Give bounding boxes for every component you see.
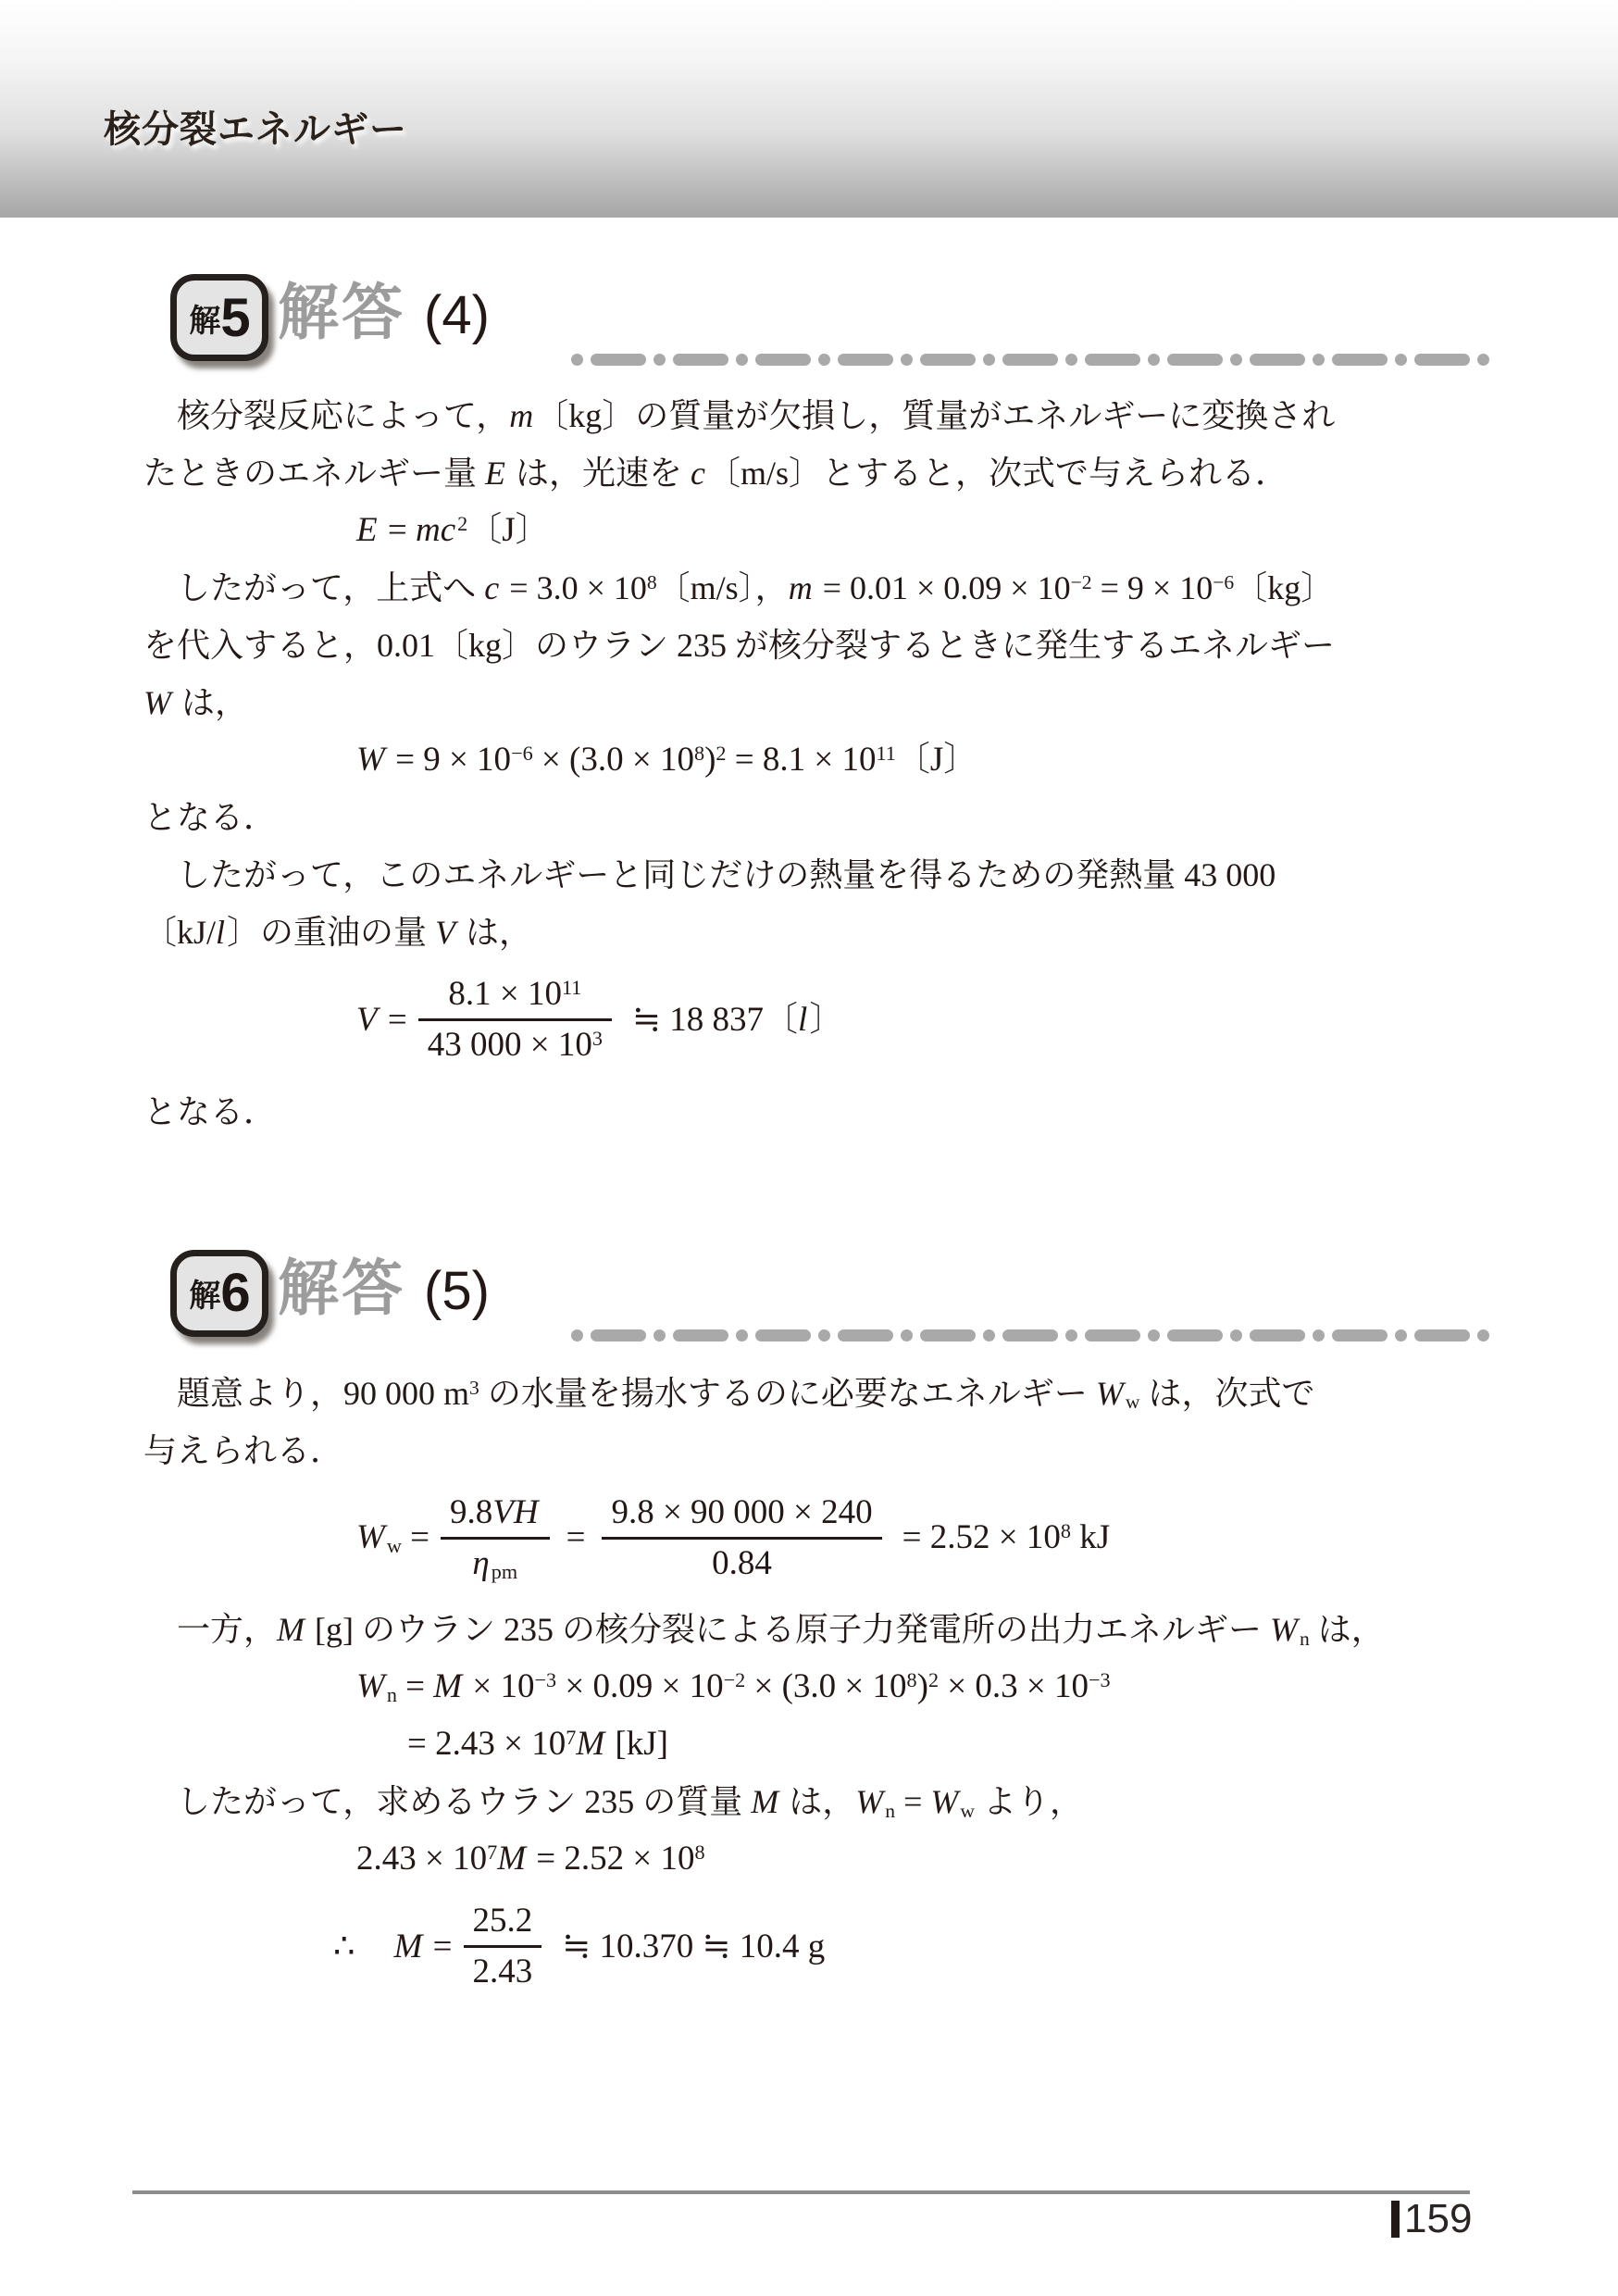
numerator: 9.8 × 90 000 × 240 [602, 1489, 881, 1537]
formula-line: 2.43 × 107M = 2.52 × 108 [0, 1830, 1618, 1888]
section-heading-5: 解5 解答 (4) [0, 274, 1618, 370]
text-line: 一方，M [g] のウラン 235 の核分裂による原子力発電所の出力エネルギー … [0, 1601, 1618, 1658]
denominator: ηpm [463, 1540, 527, 1588]
rule-dash [1002, 1329, 1058, 1341]
numerator: 9.8VH [441, 1489, 550, 1537]
badge-kanji: 解 [189, 1270, 220, 1316]
fraction: 8.1 × 1011 43 000 × 103 [418, 970, 612, 1070]
footer-rule [132, 2190, 1470, 2194]
rule-dot [1065, 354, 1077, 366]
book-page: 核分裂エネルギー 解5 解答 (4) 核分裂反応によって，m〔kg〕の質量が欠損… [0, 0, 1618, 2296]
rule-dot [1148, 354, 1160, 366]
fraction: 9.8 × 90 000 × 240 0.84 [602, 1489, 881, 1589]
rule-dot [1313, 1329, 1325, 1341]
rule-dot [983, 354, 995, 366]
section-title-number: (5) [424, 1265, 490, 1318]
solution6-badge: 解6 [170, 1250, 268, 1337]
formula-line: Wn = M × 10−3 × 0.09 × 10−2 × (3.0 × 108… [0, 1658, 1618, 1716]
page-number-text: 159 [1404, 2196, 1472, 2242]
rule-dot [1230, 1329, 1242, 1341]
rule-dash [1167, 1329, 1223, 1341]
rule-dash [755, 1329, 811, 1341]
page-number: 159 [1391, 2196, 1472, 2242]
rule-dash [1414, 354, 1470, 366]
rule-dot [736, 1329, 748, 1341]
formula-line: E = mc2〔J〕 [0, 502, 1618, 559]
text-line: 題意より，90 000 m3 の水量を揚水するのに必要なエネルギー Ww は，次… [0, 1365, 1618, 1422]
solution5-badge: 解5 [170, 274, 268, 361]
rule-dot [1477, 1329, 1489, 1341]
text-line: を代入すると，0.01〔kg〕のウラン 235 が核分裂するときに発生するエネル… [0, 617, 1618, 674]
fraction-rhs: ≒ 10.370 ≒ 10.4 g [562, 1926, 825, 1968]
text-line: したがって，このエネルギーと同じだけの熱量を得るための発熱量 43 000 [0, 846, 1618, 904]
text-line: となる． [0, 789, 1618, 846]
fraction-formula: V = 8.1 × 1011 43 000 × 103 ≒ 18 837〔l〕 [0, 970, 1618, 1070]
rule-dash [838, 354, 893, 366]
rule-dash [673, 1329, 728, 1341]
text-line: したがって，求めるウラン 235 の質量 M は，Wn = Ww より， [0, 1773, 1618, 1830]
denominator: 43 000 × 103 [418, 1021, 612, 1069]
numerator: 25.2 [464, 1897, 542, 1945]
section-title-number: (4) [424, 289, 490, 343]
fraction-lhs: Ww = [356, 1516, 429, 1559]
rule-dash [1332, 354, 1388, 366]
fraction: 9.8VH ηpm [441, 1489, 550, 1589]
rule-dash [1085, 354, 1140, 366]
dotted-rule [571, 1329, 1489, 1341]
rule-dot [1477, 354, 1489, 366]
fraction-formula: Ww = 9.8VH ηpm = 9.8 × 90 000 × 240 0.84… [0, 1489, 1618, 1589]
rule-dash [1414, 1329, 1470, 1341]
rule-dash [1250, 1329, 1305, 1341]
text-line: 核分裂反応によって，m〔kg〕の質量が欠損し，質量がエネルギーに変換され [0, 387, 1618, 444]
rule-dash [591, 354, 646, 366]
rule-dot [571, 1329, 583, 1341]
rule-dot [818, 354, 830, 366]
section-title: 解答 (4) [278, 281, 490, 343]
section-title: 解答 (5) [278, 1257, 490, 1318]
rule-dot [1148, 1329, 1160, 1341]
fraction-lhs: M = [394, 1926, 453, 1968]
denominator: 2.43 [464, 1948, 542, 1996]
dotted-rule [571, 354, 1489, 366]
rule-dot [901, 354, 913, 366]
rule-dot [1395, 354, 1407, 366]
rule-dash [1002, 354, 1058, 366]
page-title: 核分裂エネルギー [104, 111, 407, 148]
section-title-text: 解答 [278, 1257, 405, 1318]
denominator: 0.84 [703, 1540, 781, 1588]
formula-line: = 2.43 × 107M [kJ] [0, 1716, 1618, 1773]
badge-kanji: 解 [189, 295, 220, 341]
section-heading-6: 解6 解答 (5) [0, 1250, 1618, 1346]
rule-dash [1085, 1329, 1140, 1341]
rule-dot [818, 1329, 830, 1341]
rule-dash [1167, 354, 1223, 366]
rule-dash [1250, 354, 1305, 366]
rule-dot [1313, 354, 1325, 366]
text-line: W は， [0, 674, 1618, 731]
fraction-formula: ∴ M = 25.2 2.43 ≒ 10.370 ≒ 10.4 g [0, 1897, 1618, 1997]
therefore-symbol: ∴ [333, 1926, 355, 1968]
rule-dash [838, 1329, 893, 1341]
text-line: となる． [0, 1083, 1618, 1141]
rule-dot [1065, 1329, 1077, 1341]
fraction-rhs: ≒ 18 837〔l〕 [632, 999, 843, 1042]
numerator: 8.1 × 1011 [439, 970, 591, 1018]
text-line: たときのエネルギー量 E は，光速を c〔m/s〕とすると，次式で与えられる． [0, 444, 1618, 502]
rule-dash [920, 1329, 976, 1341]
text-line: したがって，上式へ c = 3.0 × 108〔m/s〕，m = 0.01 × … [0, 559, 1618, 617]
fraction: 25.2 2.43 [464, 1897, 542, 1997]
text-line: 与えられる． [0, 1422, 1618, 1479]
badge-number: 5 [220, 287, 249, 349]
rule-dot [571, 354, 583, 366]
rule-dot [653, 354, 666, 366]
rule-dot [1395, 1329, 1407, 1341]
rule-dash [1332, 1329, 1388, 1341]
page-number-divider [1391, 2201, 1400, 2238]
rule-dot [653, 1329, 666, 1341]
text-line: 〔kJ/l〕の重油の量 V は， [0, 904, 1618, 961]
badge-number: 6 [220, 1262, 249, 1324]
page-header: 核分裂エネルギー [0, 0, 1618, 218]
rule-dash [673, 354, 728, 366]
rule-dot [983, 1329, 995, 1341]
rule-dot [1230, 354, 1242, 366]
formula-line: W = 9 × 10−6 × (3.0 × 108)2 = 8.1 × 1011… [0, 731, 1618, 789]
rule-dot [736, 354, 748, 366]
rule-dash [920, 354, 976, 366]
rule-dot [901, 1329, 913, 1341]
equals-sign: = [566, 1516, 586, 1559]
rule-dash [591, 1329, 646, 1341]
fraction-rhs: = 2.52 × 108 kJ [902, 1516, 1110, 1559]
fraction-lhs: V = [356, 999, 407, 1042]
rule-dash [755, 354, 811, 366]
section-title-text: 解答 [278, 281, 405, 343]
